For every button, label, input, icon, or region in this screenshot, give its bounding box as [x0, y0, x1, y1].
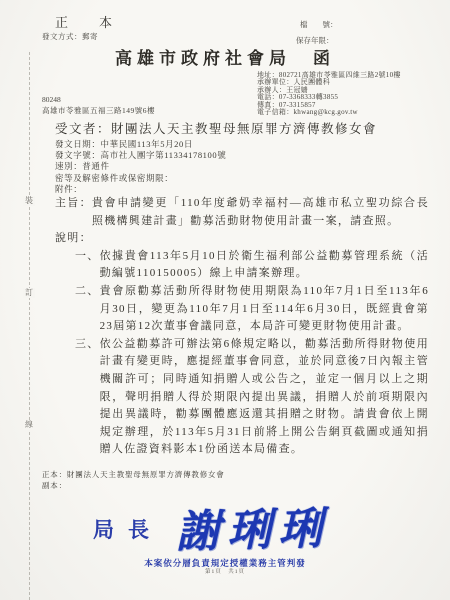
delivery-method: 發文方式：郵寄 — [42, 31, 98, 42]
attachment-label: 附件： — [55, 184, 226, 195]
cc-block: 正本：財團法人天主教聖母無原罪方濟傳教修女會 副本： — [42, 470, 225, 491]
cc-copy: 副本： — [42, 481, 225, 492]
binding-mark-zhuang: 裝 — [23, 196, 35, 206]
agency-email: 電子信箱：khwang@kcg.gov.tw — [257, 109, 401, 116]
copy-type-label: 正 本 — [55, 12, 121, 31]
explanation-label: 說明： — [55, 230, 429, 248]
cc-original: 正本：財團法人天主教聖母無原罪方濟傳教修女會 — [42, 470, 225, 481]
item-text: 依公益勸募許可辦法第6條規定略以，勸募活動所得財物使用計畫有變更時，應提經董事會… — [100, 336, 429, 459]
binding-mark-ding: 訂 — [23, 288, 35, 298]
subject-paragraph: 主旨： 貴會申請變更「110年度爺奶幸福村—高雄市私立聖功綜合長照機構興建計畫」… — [55, 195, 429, 230]
file-number-label: 檔 號： — [300, 19, 338, 30]
scanned-official-letter: 裝 訂 線 正 本 發文方式：郵寄 檔 號： 保存年限： 高雄市政府社會局 函 … — [0, 0, 450, 600]
subject-text: 貴會申請變更「110年度爺奶幸福村—高雄市私立聖功綜合長照機構興建計畫」勸募活動… — [92, 195, 429, 230]
recipient-street-address: 高雄市苓雅區五福三路149號6樓 — [42, 105, 155, 116]
letter-body: 主旨： 貴會申請變更「110年度爺奶幸福村—高雄市私立聖功綜合長照機構興建計畫」… — [55, 195, 429, 459]
subject-label: 主旨： — [55, 195, 92, 230]
item-number: 二、 — [75, 283, 100, 336]
recipient-zip: 80248 — [42, 95, 61, 104]
agency-contact-block: 地址：802721高雄市苓雅區四維三路2號10樓 承辦單位：人民團體科 承辦人：… — [257, 72, 401, 116]
explanation-item-1: 一、 依據貴會113年5月10日於衛生福利部公益勸募管理系統（活動編號11015… — [75, 248, 429, 283]
item-number: 三、 — [75, 336, 100, 459]
item-number: 一、 — [75, 248, 100, 283]
signature-row: 局長 謝琍琍 — [0, 498, 450, 560]
explanation-item-3: 三、 依公益勸募許可辦法第6條規定略以，勸募活動所得財物使用計畫有變更時，應提經… — [75, 336, 429, 459]
page-marker: 第1頁 共1頁 — [0, 567, 450, 575]
speed-class: 速別：普通件 — [55, 161, 226, 172]
security-class: 密等及解密條件或保密期限： — [55, 173, 226, 184]
recipient-line: 受文者：財團法人天主教聖母無原罪方濟傳教修女會 — [55, 119, 377, 137]
issue-date: 發文日期：中華民國113年5月20日 — [55, 139, 226, 150]
document-title: 高雄市政府社會局 函 — [0, 44, 450, 69]
explanation-item-2: 二、 貴會原勸募活動所得財物使用期限為110年7月1日至113年6月30日，變更… — [75, 283, 429, 336]
document-meta-block: 發文日期：中華民國113年5月20日 發文字號：高市社人團字第113341781… — [55, 139, 226, 195]
item-text: 貴會原勸募活動所得財物使用期限為110年7月1日至113年6月30日，變更為11… — [100, 283, 429, 336]
item-text: 依據貴會113年5月10日於衛生福利部公益勸募管理系統（活動編號11015000… — [100, 248, 429, 283]
doc-number: 發文字號：高市社人團字第11334178100號 — [55, 150, 226, 161]
binding-mark-xian: 線 — [23, 420, 35, 430]
director-title: 局長 — [93, 514, 163, 544]
director-signature-stamp: 謝琍琍 — [175, 492, 330, 560]
